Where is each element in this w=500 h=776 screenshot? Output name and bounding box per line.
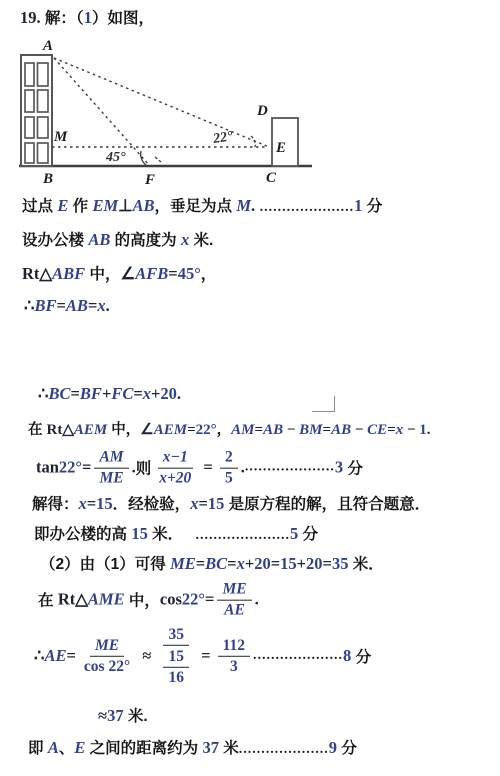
text-segment: = xyxy=(168,264,177,284)
text-segment: ..................... xyxy=(255,200,354,216)
solution-line: 19. 解：（1）如图， xyxy=(20,6,154,28)
text-segment: ∴ xyxy=(34,646,45,666)
text-segment: 之间的距离约为 xyxy=(85,736,202,758)
text-segment: . xyxy=(255,590,259,610)
text-segment: 8 xyxy=(343,646,351,666)
text-segment: − xyxy=(351,422,367,439)
solution-line: 在 Rt△AEM 中，∠AEM=22°，AM=AB − BM=AB − CE=x… xyxy=(28,418,431,439)
text-segment: 在 xyxy=(38,589,58,611)
text-segment: 1 xyxy=(419,422,427,439)
text-segment: AB xyxy=(88,230,110,250)
page: A B M F C D E 45° 22° 19. 解：（1）如图，过点 E 作… xyxy=(0,0,500,776)
text-segment: 米. xyxy=(124,704,148,726)
text-segment: 22° xyxy=(182,590,205,610)
text-segment: = xyxy=(133,384,142,404)
fraction: 351516 xyxy=(158,626,194,686)
solution-line: tan22°=AMME.则x−1x+20 = 25...............… xyxy=(36,449,363,488)
text-segment: + xyxy=(151,384,160,404)
text-segment: ）如图， xyxy=(92,6,154,28)
text-segment: 22° xyxy=(196,422,217,439)
text-segment: − xyxy=(403,422,419,439)
text-segment: x xyxy=(143,384,151,404)
text-segment: 是原方程的解，且符合题意． xyxy=(224,492,430,514)
text-segment: 、 xyxy=(59,736,75,758)
text-segment: . xyxy=(427,422,431,439)
text-segment: . xyxy=(177,384,181,404)
text-segment: ⊥ xyxy=(118,196,132,216)
text-segment: 分 xyxy=(362,194,382,216)
text-segment: 9 xyxy=(329,738,337,758)
text-segment: x xyxy=(181,230,189,250)
text-segment: M xyxy=(236,196,251,216)
text-segment: 在 xyxy=(28,418,47,439)
text-segment: 中， xyxy=(107,418,140,439)
text-segment: AB xyxy=(331,422,351,439)
text-segment: AME xyxy=(88,590,125,610)
text-segment: （2）由（1）可得 xyxy=(40,552,170,574)
text-segment: Rt△ xyxy=(22,264,52,284)
text-segment: ∠ xyxy=(140,420,153,439)
label-E: E xyxy=(275,140,286,156)
text-segment: 解：（ xyxy=(41,6,84,28)
label-F: F xyxy=(144,172,155,188)
label-C: C xyxy=(266,170,277,186)
text-segment: 设办公楼 xyxy=(22,228,88,250)
text-segment: − xyxy=(283,422,299,439)
fraction: MEAE xyxy=(217,581,251,620)
solution-line: ∴AE=MEcos 22° ≈ 351516 = 1123...........… xyxy=(34,626,371,686)
text-segment: 分 xyxy=(298,522,318,544)
solution-line: 即 A、E 之间的距离约为 37 米....................9 … xyxy=(28,736,357,758)
text-segment: 20 xyxy=(306,554,323,574)
corner-mark-artifact xyxy=(312,396,335,412)
text-segment: 分 xyxy=(343,457,363,479)
text-segment: E xyxy=(74,738,85,758)
text-segment: 即办公楼的高 xyxy=(34,522,131,544)
text-segment: = xyxy=(197,646,215,666)
sightline-AF xyxy=(54,58,150,166)
text-segment: 5 xyxy=(290,524,298,544)
text-segment: 过点 xyxy=(22,194,57,216)
text-segment: = xyxy=(255,422,264,439)
solution-line: ∴BF=AB=x. xyxy=(24,296,110,316)
text-segment: 15 xyxy=(131,524,148,544)
text-segment: 45° xyxy=(178,264,201,284)
geometry-diagram: A B M F C D E 45° 22° xyxy=(0,30,330,192)
solution-line: 设办公楼 AB 的高度为 x 米. xyxy=(22,228,213,250)
text-segment: = xyxy=(227,554,236,574)
text-segment: AM xyxy=(231,422,254,439)
fraction: MEcos 22° xyxy=(79,637,135,676)
angle-tick-F xyxy=(155,157,161,162)
text-segment: ∴ xyxy=(38,384,49,404)
text-segment: . xyxy=(106,296,110,316)
text-segment: = xyxy=(196,554,205,574)
text-segment: ABF xyxy=(52,264,85,284)
text-segment: = xyxy=(323,422,332,439)
label-D: D xyxy=(256,103,268,119)
text-segment: .................... xyxy=(245,460,335,476)
solution-line: ∴BC=BF+FC=x+20. xyxy=(38,384,181,404)
text-segment: 的高度为 xyxy=(110,228,181,250)
text-segment: ∠ xyxy=(120,264,135,284)
text-segment: = xyxy=(199,458,217,478)
text-segment: BF xyxy=(80,384,102,404)
text-segment: = xyxy=(198,494,207,514)
text-segment: 米． xyxy=(148,522,183,544)
text-segment: 中， xyxy=(125,589,160,611)
text-segment: 分 xyxy=(337,736,357,758)
text-segment: = xyxy=(187,422,196,439)
text-segment: tan xyxy=(36,458,59,478)
text-segment: ≈ xyxy=(98,706,107,726)
text-segment: 22° xyxy=(59,458,82,478)
solution-line: 解得：x=15．经检验，x=15 是原方程的解，且符合题意． xyxy=(32,492,430,514)
text-segment: AEM xyxy=(74,422,107,439)
fraction: 1123 xyxy=(218,637,250,676)
text-segment: = xyxy=(88,296,97,316)
text-segment: + xyxy=(102,384,111,404)
text-segment: A xyxy=(48,738,59,758)
text-segment: 3 xyxy=(335,458,343,478)
fraction: 1516 xyxy=(163,648,189,687)
text-segment xyxy=(183,524,195,544)
text-segment: BF xyxy=(35,296,57,316)
sightline-AE xyxy=(54,58,269,147)
text-segment: .................... xyxy=(253,648,343,664)
text-segment: ， xyxy=(217,418,232,439)
text-segment: + xyxy=(245,554,254,574)
text-segment: = xyxy=(271,554,280,574)
solution-line: Rt△ABF 中，∠AFB=45°， xyxy=(22,262,216,284)
text-segment: 15 xyxy=(208,494,225,514)
text-segment: ≈ xyxy=(138,646,155,666)
text-segment: 米． xyxy=(348,552,383,574)
solution-line: 过点 E 作 EM⊥AB，垂足为点 M. ...................… xyxy=(22,194,382,216)
text-segment: 作 xyxy=(68,194,92,216)
text-segment: x xyxy=(97,296,105,316)
text-segment: 1 xyxy=(84,8,92,28)
text-segment: 分 xyxy=(351,645,371,667)
text-segment: ，垂足为点 xyxy=(155,194,237,216)
angle-label-22: 22° xyxy=(211,129,234,147)
text-segment: 20 xyxy=(160,384,177,404)
text-segment: 则 xyxy=(136,457,152,479)
text-segment: x xyxy=(79,494,87,514)
text-segment: = xyxy=(387,422,396,439)
text-segment: BC xyxy=(205,554,227,574)
solution-line: ≈37 米. xyxy=(98,704,148,726)
text-segment: = xyxy=(205,590,214,610)
text-segment: cos xyxy=(160,590,182,610)
text-segment: = xyxy=(87,494,96,514)
text-segment: x xyxy=(237,554,245,574)
text-segment: 35 xyxy=(332,554,349,574)
text-segment: ， xyxy=(201,262,217,284)
text-segment: BM xyxy=(299,422,322,439)
text-segment: .................... xyxy=(239,742,329,758)
solution-line: 在 Rt△AME 中，cos22°=MEAE. xyxy=(38,581,259,620)
text-segment: ∴ xyxy=(24,296,35,316)
text-segment: AB xyxy=(263,422,283,439)
angle-label-45: 45° xyxy=(105,150,126,165)
fraction: AMME xyxy=(94,449,128,488)
text-segment: CE xyxy=(367,422,387,439)
text-segment: + xyxy=(297,554,306,574)
solution-line: 即办公楼的高 15 米． .....................5 分 xyxy=(34,522,318,544)
text-segment: 解得： xyxy=(32,492,79,514)
text-segment: 15 xyxy=(96,494,113,514)
text-segment: = xyxy=(82,458,91,478)
label-A: A xyxy=(42,38,53,54)
text-segment: = xyxy=(71,384,80,404)
text-segment: AFB xyxy=(135,264,168,284)
text-segment: 37 xyxy=(107,706,124,726)
label-B: B xyxy=(42,171,53,187)
text-segment: AE xyxy=(45,646,67,666)
text-segment: AB xyxy=(133,196,155,216)
text-segment: = xyxy=(323,554,332,574)
text-segment: AB xyxy=(66,296,88,316)
text-segment: Rt△ xyxy=(47,420,74,439)
text-segment: 米. xyxy=(189,228,213,250)
text-segment: ..................... xyxy=(196,528,291,544)
text-segment: 37 xyxy=(202,738,219,758)
text-segment: 20 xyxy=(254,554,271,574)
text-segment: 米 xyxy=(219,736,239,758)
text-segment: FC xyxy=(111,384,133,404)
text-segment: 19. xyxy=(20,8,41,28)
text-segment: = xyxy=(57,296,66,316)
solution-line: （2）由（1）可得 ME=BC=x+20=15+20=35 米． xyxy=(40,552,384,574)
text-segment: ．经检验， xyxy=(113,492,191,514)
text-segment: 即 xyxy=(28,736,48,758)
fraction: 25 xyxy=(220,449,238,488)
text-segment: BC xyxy=(49,384,71,404)
fraction: x−1x+20 xyxy=(154,449,196,488)
angle-arc-E xyxy=(251,136,255,147)
text-segment: E xyxy=(57,196,68,216)
text-segment: ME xyxy=(170,554,196,574)
text-segment: = xyxy=(67,646,76,666)
text-segment: AEM xyxy=(154,422,187,439)
text-segment: Rt△ xyxy=(58,590,88,610)
text-segment: 1 xyxy=(354,196,362,216)
label-M: M xyxy=(53,129,68,145)
text-segment: x xyxy=(396,422,404,439)
text-segment: EM xyxy=(92,196,118,216)
text-segment: 15 xyxy=(280,554,297,574)
text-segment: 中， xyxy=(85,262,120,284)
text-segment: x xyxy=(190,494,198,514)
